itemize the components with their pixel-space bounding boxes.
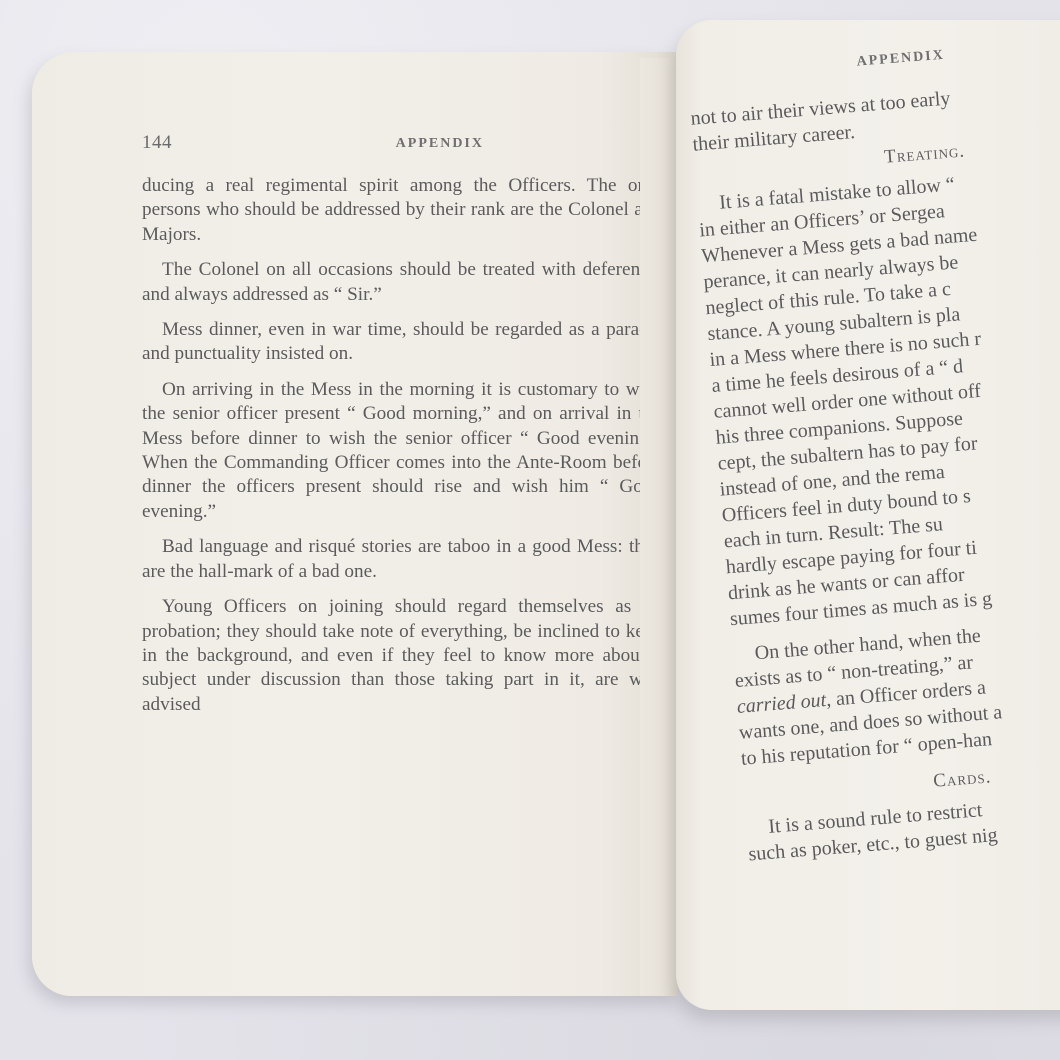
right-page-content: APPENDIX not to air their views at too e… xyxy=(686,23,1060,867)
paragraph: Bad language and risqué stories are tabo… xyxy=(142,535,662,584)
running-head-title: APPENDIX xyxy=(396,132,484,172)
paragraph: Mess dinner, even in war time, should be… xyxy=(142,318,662,367)
paragraph: ducing a real regimental spirit among th… xyxy=(142,174,662,247)
book-gutter xyxy=(640,58,678,996)
paragraph: On arriving in the Mess in the morning i… xyxy=(142,378,662,524)
paragraph: Young Officers on joining should regard … xyxy=(142,595,662,717)
left-running-head: 144 APPENDIX xyxy=(142,132,662,172)
left-page-content: 144 APPENDIX ducing a real regimental sp… xyxy=(142,132,662,728)
paragraph: The Colonel on all occasions should be t… xyxy=(142,258,662,307)
book-photo: 144 APPENDIX ducing a real regimental sp… xyxy=(0,0,1060,1060)
left-page: 144 APPENDIX ducing a real regimental sp… xyxy=(32,52,677,996)
treating-paragraph: It is a fatal mistake to allow “ in eith… xyxy=(696,155,1060,633)
right-page: APPENDIX not to air their views at too e… xyxy=(676,20,1060,1010)
page-number: 144 xyxy=(142,132,172,172)
